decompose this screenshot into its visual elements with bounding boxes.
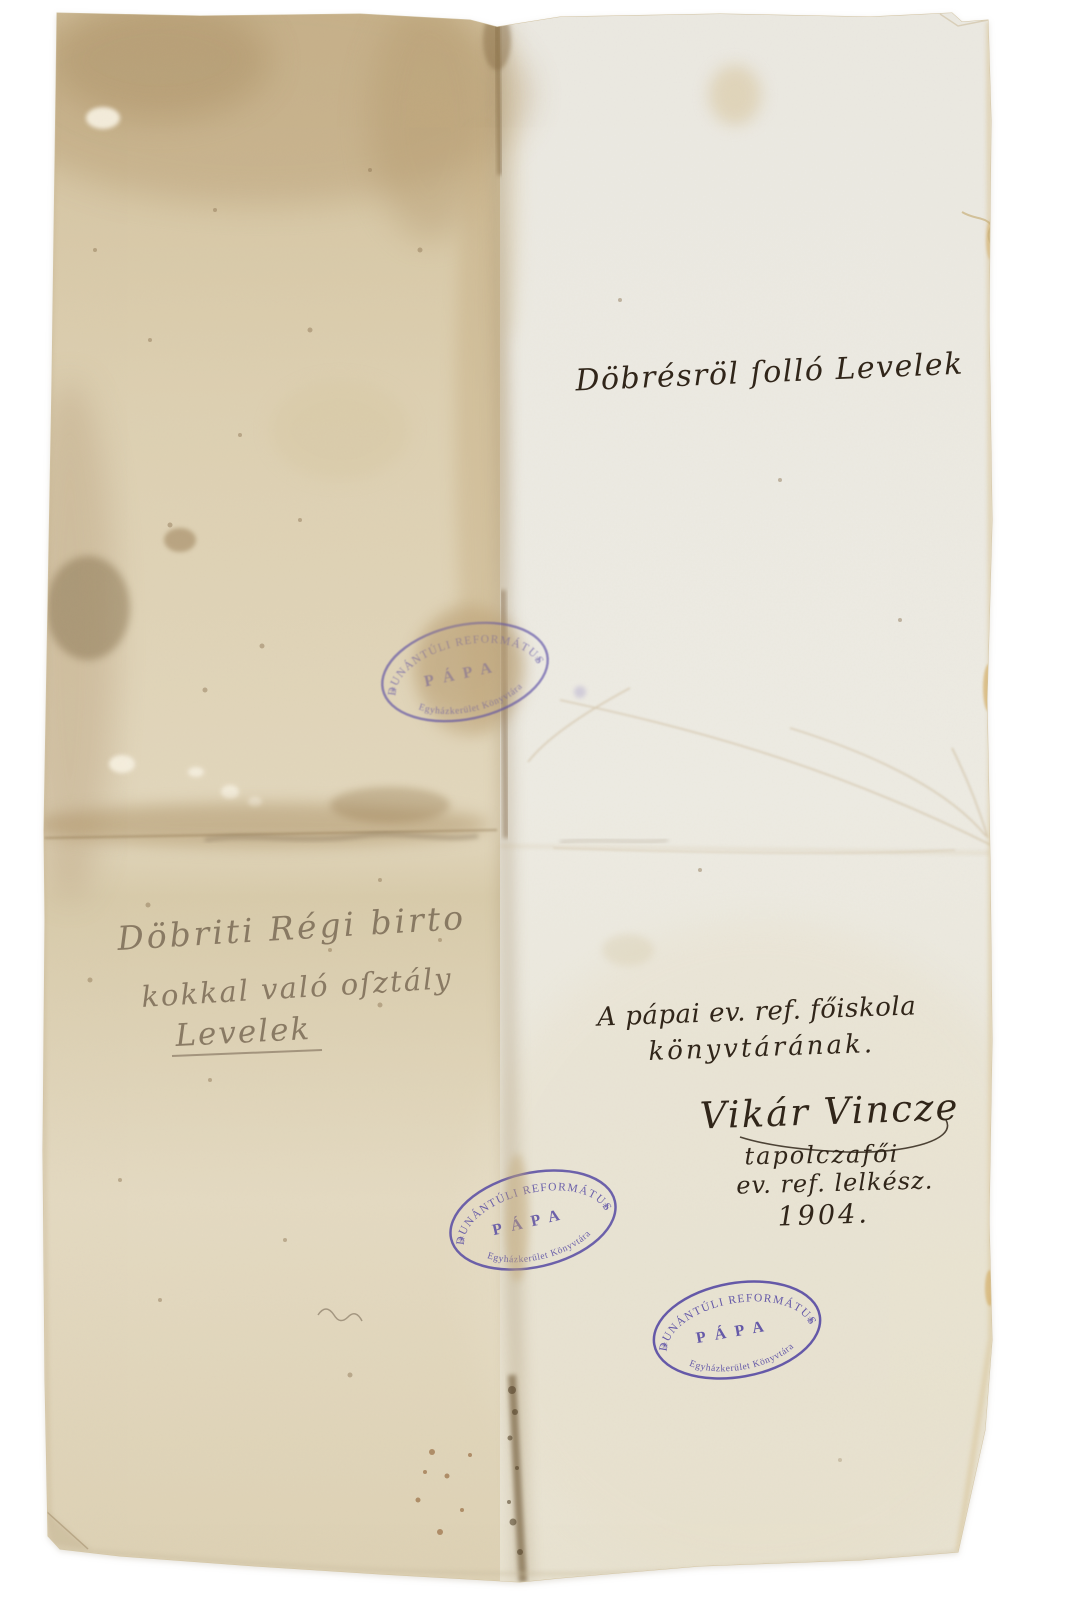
photograph-of-manuscript: DUNÁNTÚLI REFORMÁTUS Egyházkerület Könyv… — [0, 0, 1068, 1600]
paper-surface: DUNÁNTÚLI REFORMÁTUS Egyházkerület Könyv… — [0, 0, 1060, 1600]
paper-grain-texture — [40, 8, 996, 1588]
document-photo: DUNÁNTÚLI REFORMÁTUS Egyházkerület Könyv… — [0, 0, 1068, 1600]
